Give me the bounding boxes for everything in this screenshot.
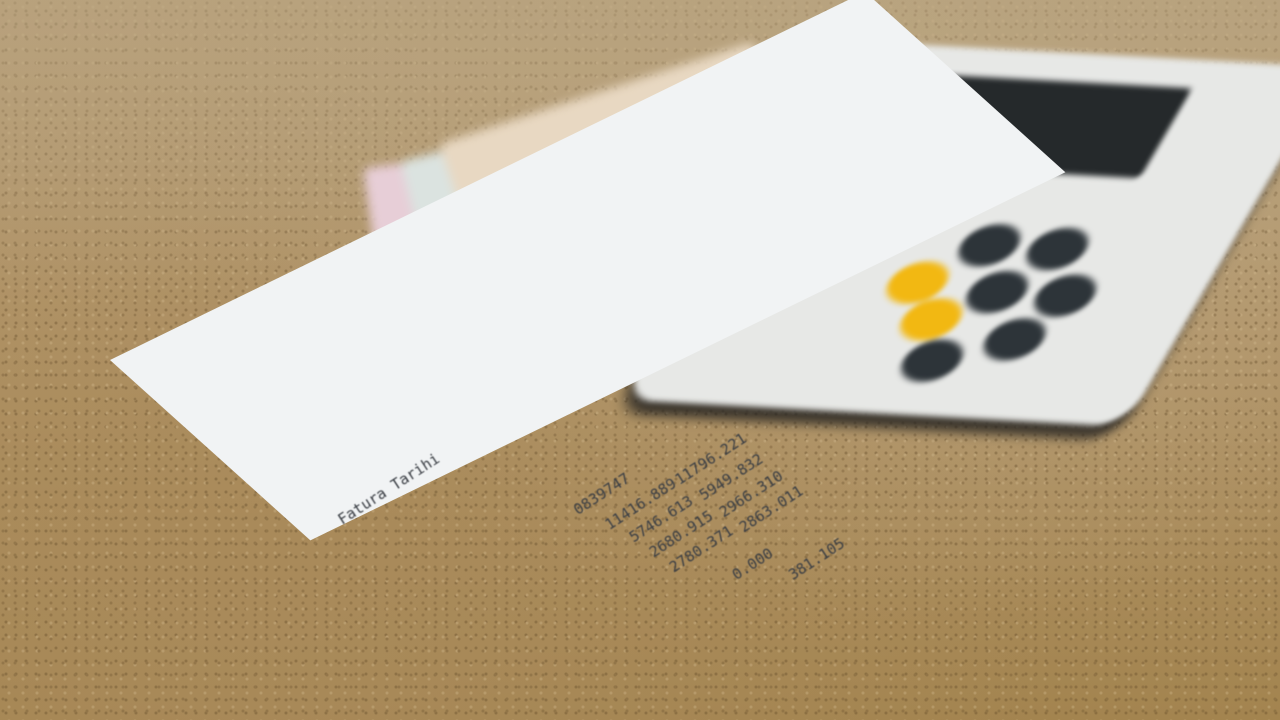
calculator-key	[1025, 273, 1106, 318]
calculator-key	[949, 223, 1030, 268]
calculator-key	[1017, 227, 1098, 272]
bill-value: 381.105	[785, 534, 848, 584]
bill-value: 0.000	[729, 544, 777, 584]
calculator-key	[957, 270, 1038, 315]
utility-bill: Fatura Tarihi 0839747 11416.889 11796.22…	[40, 300, 940, 700]
calculator-key	[974, 317, 1055, 362]
